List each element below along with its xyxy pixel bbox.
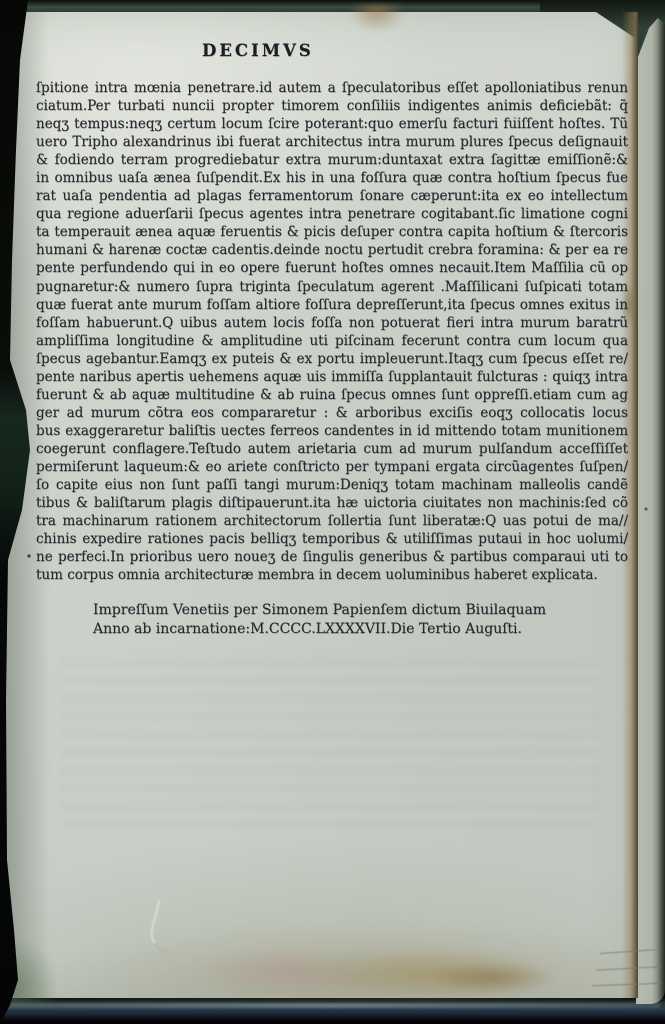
- text-line: ta temperauit ænea aquæ feruentis & pici…: [36, 223, 628, 241]
- text-line: uero Tripho alexandrinus ibi fuerat arch…: [36, 133, 628, 151]
- text-line: pente perfundendo qui in eo opere fuerun…: [36, 259, 628, 277]
- text-line: ſpitione intra mœnia penetrare.id autem …: [36, 79, 628, 97]
- text-line: fuerunt & ab aquæ multitudine & ab ruina…: [36, 386, 628, 404]
- text-line: pugnaretur:& numero ſupra triginta ſpecu…: [36, 278, 628, 296]
- colophon-line: Impreſſum Venetiis per Simonem Papienſem…: [93, 601, 563, 620]
- text-line: & fodiendo terram progrediebatur extra m…: [36, 151, 628, 169]
- text-line: qua regione aduerſarii ſpecus agentes in…: [36, 205, 628, 223]
- running-title: DECIMVS: [202, 41, 314, 60]
- cover-highlight-streak: [4, 1003, 660, 1008]
- text-line: chinis expedire rationes pacis belliqʒ t…: [36, 530, 628, 548]
- text-line: tibus & baliſtarum plagis diſtipauerunt.…: [36, 494, 628, 512]
- text-line: ſo capite eius non ſunt paſſi tangi muru…: [36, 476, 628, 494]
- text-line: ampliſſima longitudine & amplitudine uti…: [36, 332, 628, 350]
- colophon-line: Anno ab incarnatione:M.CCCC.LXXXXVII.Die…: [93, 620, 563, 639]
- text-line: humani & harenæ coctæ cadentis.deinde no…: [36, 241, 628, 259]
- book-photo: DECIMVS ſpitione intra mœnia penetrare.i…: [0, 0, 665, 1024]
- text-line: tra machinarum rationem architectorum ſo…: [36, 512, 628, 530]
- book-cover-bottom-edge: [0, 998, 665, 1024]
- text-line: rat uaſa pendentia ad plagas ferramentor…: [36, 187, 628, 205]
- text-line: neqʒ tempus:neqʒ certum locum ſcire pote…: [36, 115, 628, 133]
- colophon: Impreſſum Venetiis per Simonem Papienſem…: [93, 601, 563, 639]
- text-line: in omnibus uaſa ænea ſuſpendit.Ex his in…: [36, 169, 628, 187]
- text-line: ne perfeci.In prioribus uero noueʒ de ſi…: [36, 548, 628, 566]
- text-line: ger ad murum cõtra eos compararetur : & …: [36, 404, 628, 422]
- text-line: bus exaggeraretur baliſtis uectes ferreo…: [36, 422, 628, 440]
- text-line: quæ fuerat ante murum foſſam altiore foſ…: [36, 296, 628, 314]
- text-block: ſpitione intra mœnia penetrare.id autem …: [36, 79, 628, 584]
- underlying-page-edge: [636, 14, 665, 1004]
- text-line: permiſerunt laqueum:& eo ariete conſtric…: [36, 458, 628, 476]
- text-line: pente naribus apertis uehemens aquæ uis …: [36, 368, 628, 386]
- text-line: tum corpus omnia architecturæ membra in …: [36, 566, 628, 584]
- text-line: ſpecus agebantur.Eamqʒ ex puteis & ex po…: [36, 350, 628, 368]
- text-line: ciatum.Per turbati nuncii propter timore…: [36, 97, 628, 115]
- text-line: coegerunt conflagere.Teſtudo autem ariet…: [36, 440, 628, 458]
- text-line: foſſam habuerunt.Q uibus autem locis foſ…: [36, 314, 628, 332]
